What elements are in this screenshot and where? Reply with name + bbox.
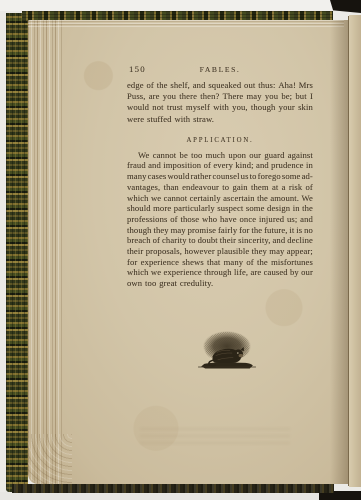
page-content: 150 FABLES. edgeoftheshelf,andsqueakedou… (127, 64, 313, 289)
page-stack-edges (28, 20, 64, 484)
page-top-edge (28, 20, 344, 27)
text-line: wouldnottrustmyselfwithyou,thoughyourski… (127, 102, 313, 113)
gutter-shadow (330, 20, 348, 484)
text-line: whichweexperiencethroughlife,arecausedby… (127, 267, 313, 278)
background-top (0, 0, 361, 11)
book-fore-edge-marbling (6, 13, 28, 492)
text-line: edgeoftheshelf,andsqueakedoutthus:Aha!Mr… (127, 80, 313, 91)
dark-background-corner-top-right (330, 0, 361, 13)
paragraph-fable-ending: edgeoftheshelf,andsqueakedoutthus:Aha!Mr… (127, 80, 313, 125)
adjacent-page-sliver (349, 15, 361, 487)
running-title: FABLES. (127, 65, 313, 74)
text-line: were stuffed with straw. (127, 114, 313, 125)
text-line: Wecannotbetoomuchuponourguardagainst (127, 150, 313, 161)
text-line: whichwecannotcertainlyascertaintheamount… (127, 193, 313, 204)
text-line: breachofcharitytodoubttheirsincerity,and… (127, 235, 313, 246)
section-heading: APPLICATION. (127, 137, 313, 144)
text-line: theirproposals,howeverplausibletheymayap… (127, 246, 313, 257)
text-line: forexperienceshewsthatmanyofthemisfortun… (127, 257, 313, 268)
background-bottom (0, 492, 361, 500)
reverse-side-show-through (140, 428, 290, 448)
page-header: 150 FABLES. (127, 64, 313, 74)
text-line: shouldmoreparticularlysuspectsomedesigni… (127, 203, 313, 214)
text-line: professionsofthosewhohaveonceinjuredus;a… (127, 214, 313, 225)
paragraph-application: Wecannotbetoomuchuponourguardagainstfrau… (127, 150, 313, 289)
engraving-svg (196, 325, 258, 378)
text-line: manycaseswouldrathercounselustoforegosom… (127, 171, 313, 182)
text-line: Puss,areyoutherethen?Theremayyoube;butI (127, 91, 313, 102)
tailpiece-engraving-illustration (196, 325, 258, 378)
book-bottom-edge (12, 484, 334, 493)
text-line: thoughtheymaypromisefairlyforthefuture,i… (127, 225, 313, 236)
text-line: own too great credulity. (127, 278, 313, 289)
text-line: fraudandimpositionofeverykind;andprudenc… (127, 160, 313, 171)
page-stack-corner-curl (28, 434, 72, 484)
book-photo-canvas: 150 FABLES. edgeoftheshelf,andsqueakedou… (0, 0, 361, 500)
text-line: vantages,thanendeavourtogainthematarisko… (127, 182, 313, 193)
